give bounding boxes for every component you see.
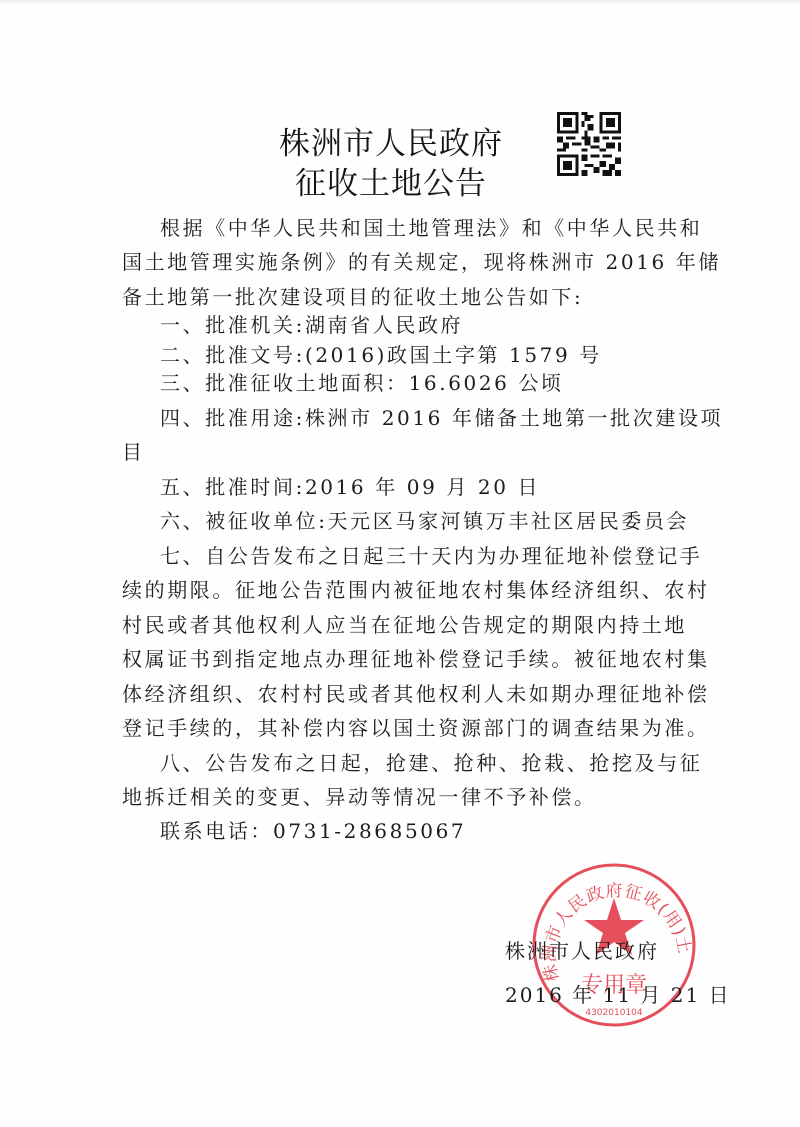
contact-phone: 联系电话：0731-28685067 xyxy=(160,818,466,844)
item-usage-cont: 目 xyxy=(122,439,145,465)
item-land-area: 三、批准征收土地面积：16.6026 公顷 xyxy=(160,370,564,396)
item-no-compensation: 八、公告发布之日起，抢建、抢种、抢栽、抢挖及与征 xyxy=(160,750,702,776)
item-no-compensation-cont: 地拆迁相关的变更、异动等情况一律不予补偿。 xyxy=(122,784,597,810)
item-registration-cont: 体经济组织、农村村民或者其他权利人未如期办理征地补偿 xyxy=(122,681,710,707)
item-expropriated-unit: 六、被征收单位:天元区马家河镇万丰社区居民委员会 xyxy=(160,508,689,534)
item-registration-cont: 登记手续的，其补偿内容以国土资源部门的调查结果为准。 xyxy=(122,715,710,741)
item-registration-cont: 村民或者其他权利人应当在征地公告规定的期限内持土地 xyxy=(122,612,687,638)
item-approval-authority: 一、批准机关:湖南省人民政府 xyxy=(160,312,463,338)
item-registration-cont: 续的期限。征地公告范围内被征地农村集体经济组织、农村 xyxy=(122,577,710,603)
svg-text:4302010104: 4302010104 xyxy=(585,1008,643,1018)
item-registration-cont: 权属证书到指定地点办理征地补偿登记手续。被征地农村集 xyxy=(122,646,710,672)
scan-edge xyxy=(0,0,800,4)
item-usage: 四、批准用途:株洲市 2016 年储备土地第一批次建设项 xyxy=(160,405,723,431)
qr-code-icon xyxy=(557,112,621,176)
intro-line: 国土地管理实施条例》的有关规定，现将株洲市 2016 年储 xyxy=(122,249,721,275)
item-approval-date: 五、批准时间:2016 年 09 月 20 日 xyxy=(160,474,540,500)
item-approval-number: 二、批准文号:(2016)政国土字第 1579 号 xyxy=(160,342,602,368)
signature-date: 2016 年 11 月 21 日 xyxy=(505,979,731,1008)
item-registration: 七、自公告发布之日起三十天内为办理征地补偿登记手 xyxy=(160,543,702,569)
issuer-title: 株洲市人民政府 xyxy=(0,118,782,163)
document-page: 株洲市人民政府 征收土地公告 根据《中华人民共和国土地管理法》和《中华人民共和 … xyxy=(0,0,800,1127)
intro-line: 根据《中华人民共和国土地管理法》和《中华人民共和 xyxy=(160,215,702,241)
notice-title: 征收土地公告 xyxy=(0,158,782,203)
signature-issuer: 株洲市人民政府 xyxy=(505,935,659,964)
intro-line: 备土地第一批次建设项目的征收土地公告如下: xyxy=(122,284,583,310)
